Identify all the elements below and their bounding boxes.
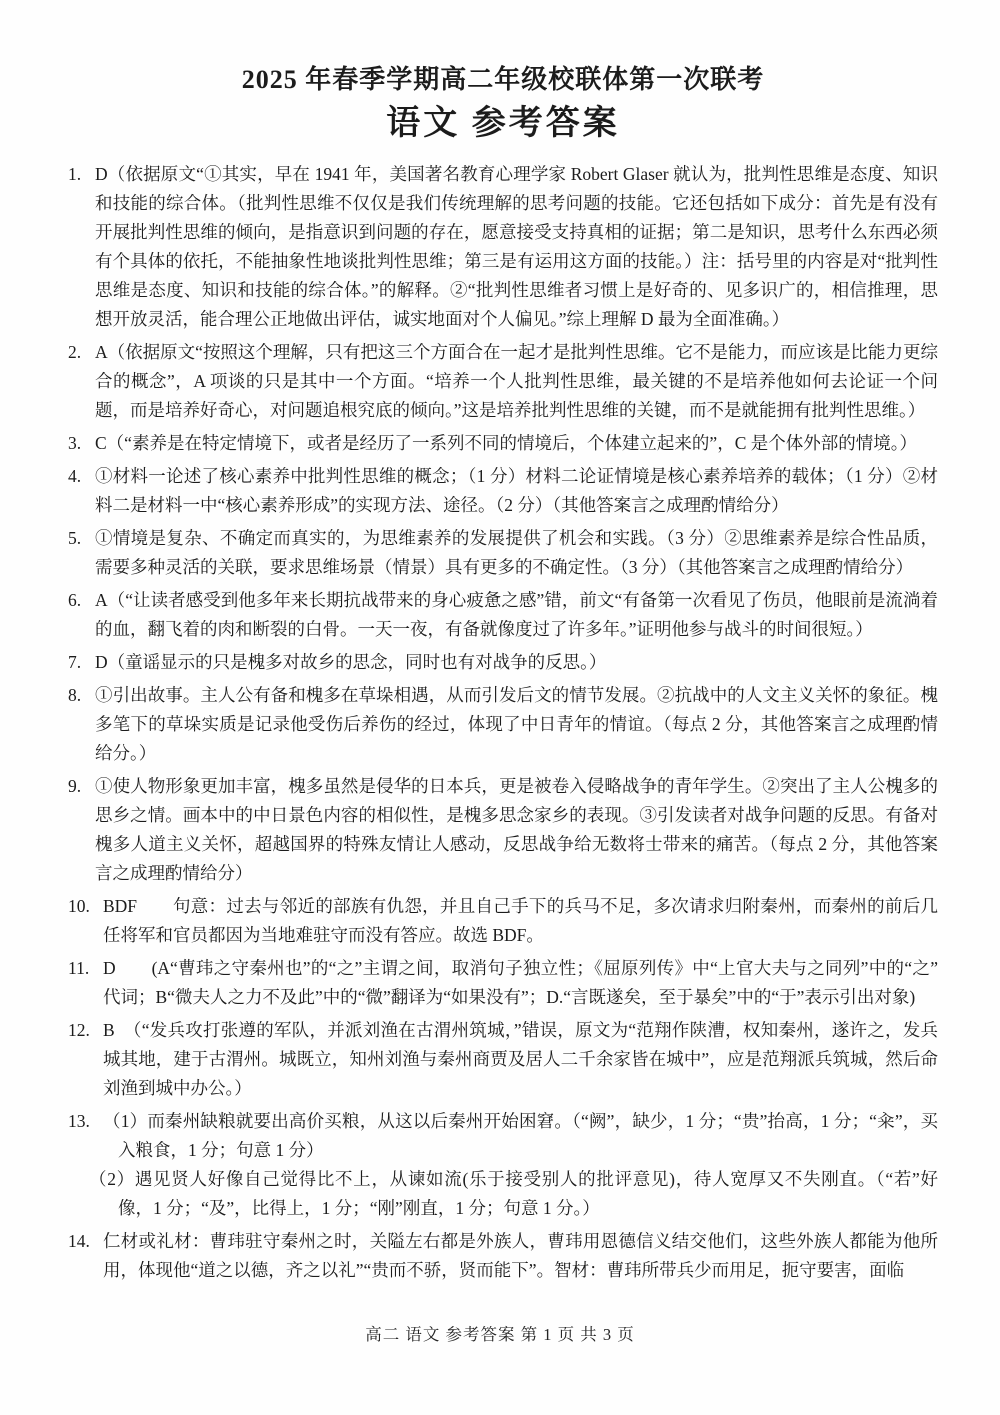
answer-number: 1. (68, 160, 95, 334)
answer-item-8: 8. ①引出故事。主人公有备和槐多在草垛相遇，从而引发后文的情节发展。②抗战中的… (68, 681, 938, 768)
answer-text: D (A“曹玮之守秦州也”的“之”主谓之间，取消句子独立性；《屈原列传》中“上官… (103, 954, 938, 1012)
exam-title: 2025 年春季学期高二年级校联体第一次联考 (68, 62, 938, 98)
answer-text: D（童谣显示的只是槐多对故乡的思念，同时也有对战争的反思。） (95, 648, 938, 677)
answer-text: B （“发兵攻打张遵的军队，并派刘渔在古渭州筑城，”错误，原文为“范翔作陕漕，权… (103, 1016, 938, 1103)
answer-item-5: 5. ①情境是复杂、不确定而真实的，为思维素养的发展提供了机会和实践。（3 分）… (68, 524, 938, 582)
answer-text: A（“让读者感受到他多年来长期抗战带来的身心疲惫之感”错，前文“有备第一次看见了… (95, 586, 938, 644)
answer-item-6: 6. A（“让读者感受到他多年来长期抗战带来的身心疲惫之感”错，前文“有备第一次… (68, 586, 938, 644)
answer-item-3: 3. C（“素养是在特定情境下，或者是经历了一系列不同的情境后，个体建立起来的”… (68, 429, 938, 458)
answer-number: 2. (68, 338, 95, 425)
answer-number: 12. (68, 1016, 103, 1103)
answer-number: 11. (68, 954, 103, 1012)
answer-text: ①情境是复杂、不确定而真实的，为思维素养的发展提供了机会和实践。（3 分）②思维… (95, 524, 938, 582)
answer-subpart-1: （1）而秦州缺粮就要出高价买粮，从这以后秦州开始困窘。（“阙”，缺少，1 分；“… (103, 1107, 938, 1165)
answer-number: 10. (68, 892, 103, 950)
answer-number: 6. (68, 586, 95, 644)
page-footer: 高二 语文 参考答案 第 1 页 共 3 页 (0, 1321, 1000, 1345)
answer-item-9: 9. ①使人物形象更加丰富，槐多虽然是侵华的日本兵，更是被卷入侵略战争的青年学生… (68, 772, 938, 888)
answer-number: 4. (68, 462, 95, 520)
answer-number: 7. (68, 648, 95, 677)
answer-text: D（依据原文“①其实，早在 1941 年，美国著名教育心理学家 Robert G… (95, 160, 938, 334)
answer-item-7: 7. D（童谣显示的只是槐多对故乡的思念，同时也有对战争的反思。） (68, 648, 938, 677)
answer-text: ①材料一论述了核心素养中批判性思维的概念；（1 分）材料二论证情境是核心素养培养… (95, 462, 938, 520)
answer-number: 5. (68, 524, 95, 582)
answer-item-11: 11. D (A“曹玮之守秦州也”的“之”主谓之间，取消句子独立性；《屈原列传》… (68, 954, 938, 1012)
answer-item-2: 2. A（依据原文“按照这个理解，只有把这三个方面合在一起才是批判性思维。它不是… (68, 338, 938, 425)
answer-text: C（“素养是在特定情境下，或者是经历了一系列不同的情境后，个体建立起来的”，C … (95, 429, 938, 458)
answer-number: 14. (68, 1227, 103, 1285)
answer-item-12: 12. B （“发兵攻打张遵的军队，并派刘渔在古渭州筑城，”错误，原文为“范翔作… (68, 1016, 938, 1103)
answer-subpart-2: （2）遇见贤人好像自己觉得比不上，从谏如流(乐于接受别人的批评意见)，待人宽厚又… (89, 1165, 938, 1223)
answer-text: 仁材或礼材：曹玮驻守秦州之时，关隘左右都是外族人，曹玮用恩德信义结交他们，这些外… (103, 1227, 938, 1285)
answer-text: ①使人物形象更加丰富，槐多虽然是侵华的日本兵，更是被卷入侵略战争的青年学生。②突… (95, 772, 938, 888)
answer-item-13: 13. （1）而秦州缺粮就要出高价买粮，从这以后秦州开始困窘。（“阙”，缺少，1… (68, 1107, 938, 1223)
answer-text: A（依据原文“按照这个理解，只有把这三个方面合在一起才是批判性思维。它不是能力，… (95, 338, 938, 425)
answer-subparts: （1）而秦州缺粮就要出高价买粮，从这以后秦州开始困窘。（“阙”，缺少，1 分；“… (103, 1107, 938, 1223)
subject-title: 语文 参考答案 (68, 102, 938, 146)
answer-text: ①引出故事。主人公有备和槐多在草垛相遇，从而引发后文的情节发展。②抗战中的人文主… (95, 681, 938, 768)
answer-sheet-page: 2025 年春季学期高二年级校联体第一次联考 语文 参考答案 1. D（依据原文… (0, 0, 1000, 1415)
answer-item-14: 14. 仁材或礼材：曹玮驻守秦州之时，关隘左右都是外族人，曹玮用恩德信义结交他们… (68, 1227, 938, 1285)
answer-item-4: 4. ①材料一论述了核心素养中批判性思维的概念；（1 分）材料二论证情境是核心素… (68, 462, 938, 520)
answer-number: 3. (68, 429, 95, 458)
answer-item-10: 10. BDF 句意：过去与邻近的部族有仇怨，并且自己手下的兵马不足，多次请求归… (68, 892, 938, 950)
page-content: 2025 年春季学期高二年级校联体第一次联考 语文 参考答案 1. D（依据原文… (0, 0, 1000, 1285)
answer-number: 9. (68, 772, 95, 888)
answer-number: 8. (68, 681, 95, 768)
answer-list: 1. D（依据原文“①其实，早在 1941 年，美国著名教育心理学家 Rober… (68, 160, 938, 1285)
answer-item-1: 1. D（依据原文“①其实，早在 1941 年，美国著名教育心理学家 Rober… (68, 160, 938, 334)
answer-text: BDF 句意：过去与邻近的部族有仇怨，并且自己手下的兵马不足，多次请求归附秦州，… (103, 892, 938, 950)
